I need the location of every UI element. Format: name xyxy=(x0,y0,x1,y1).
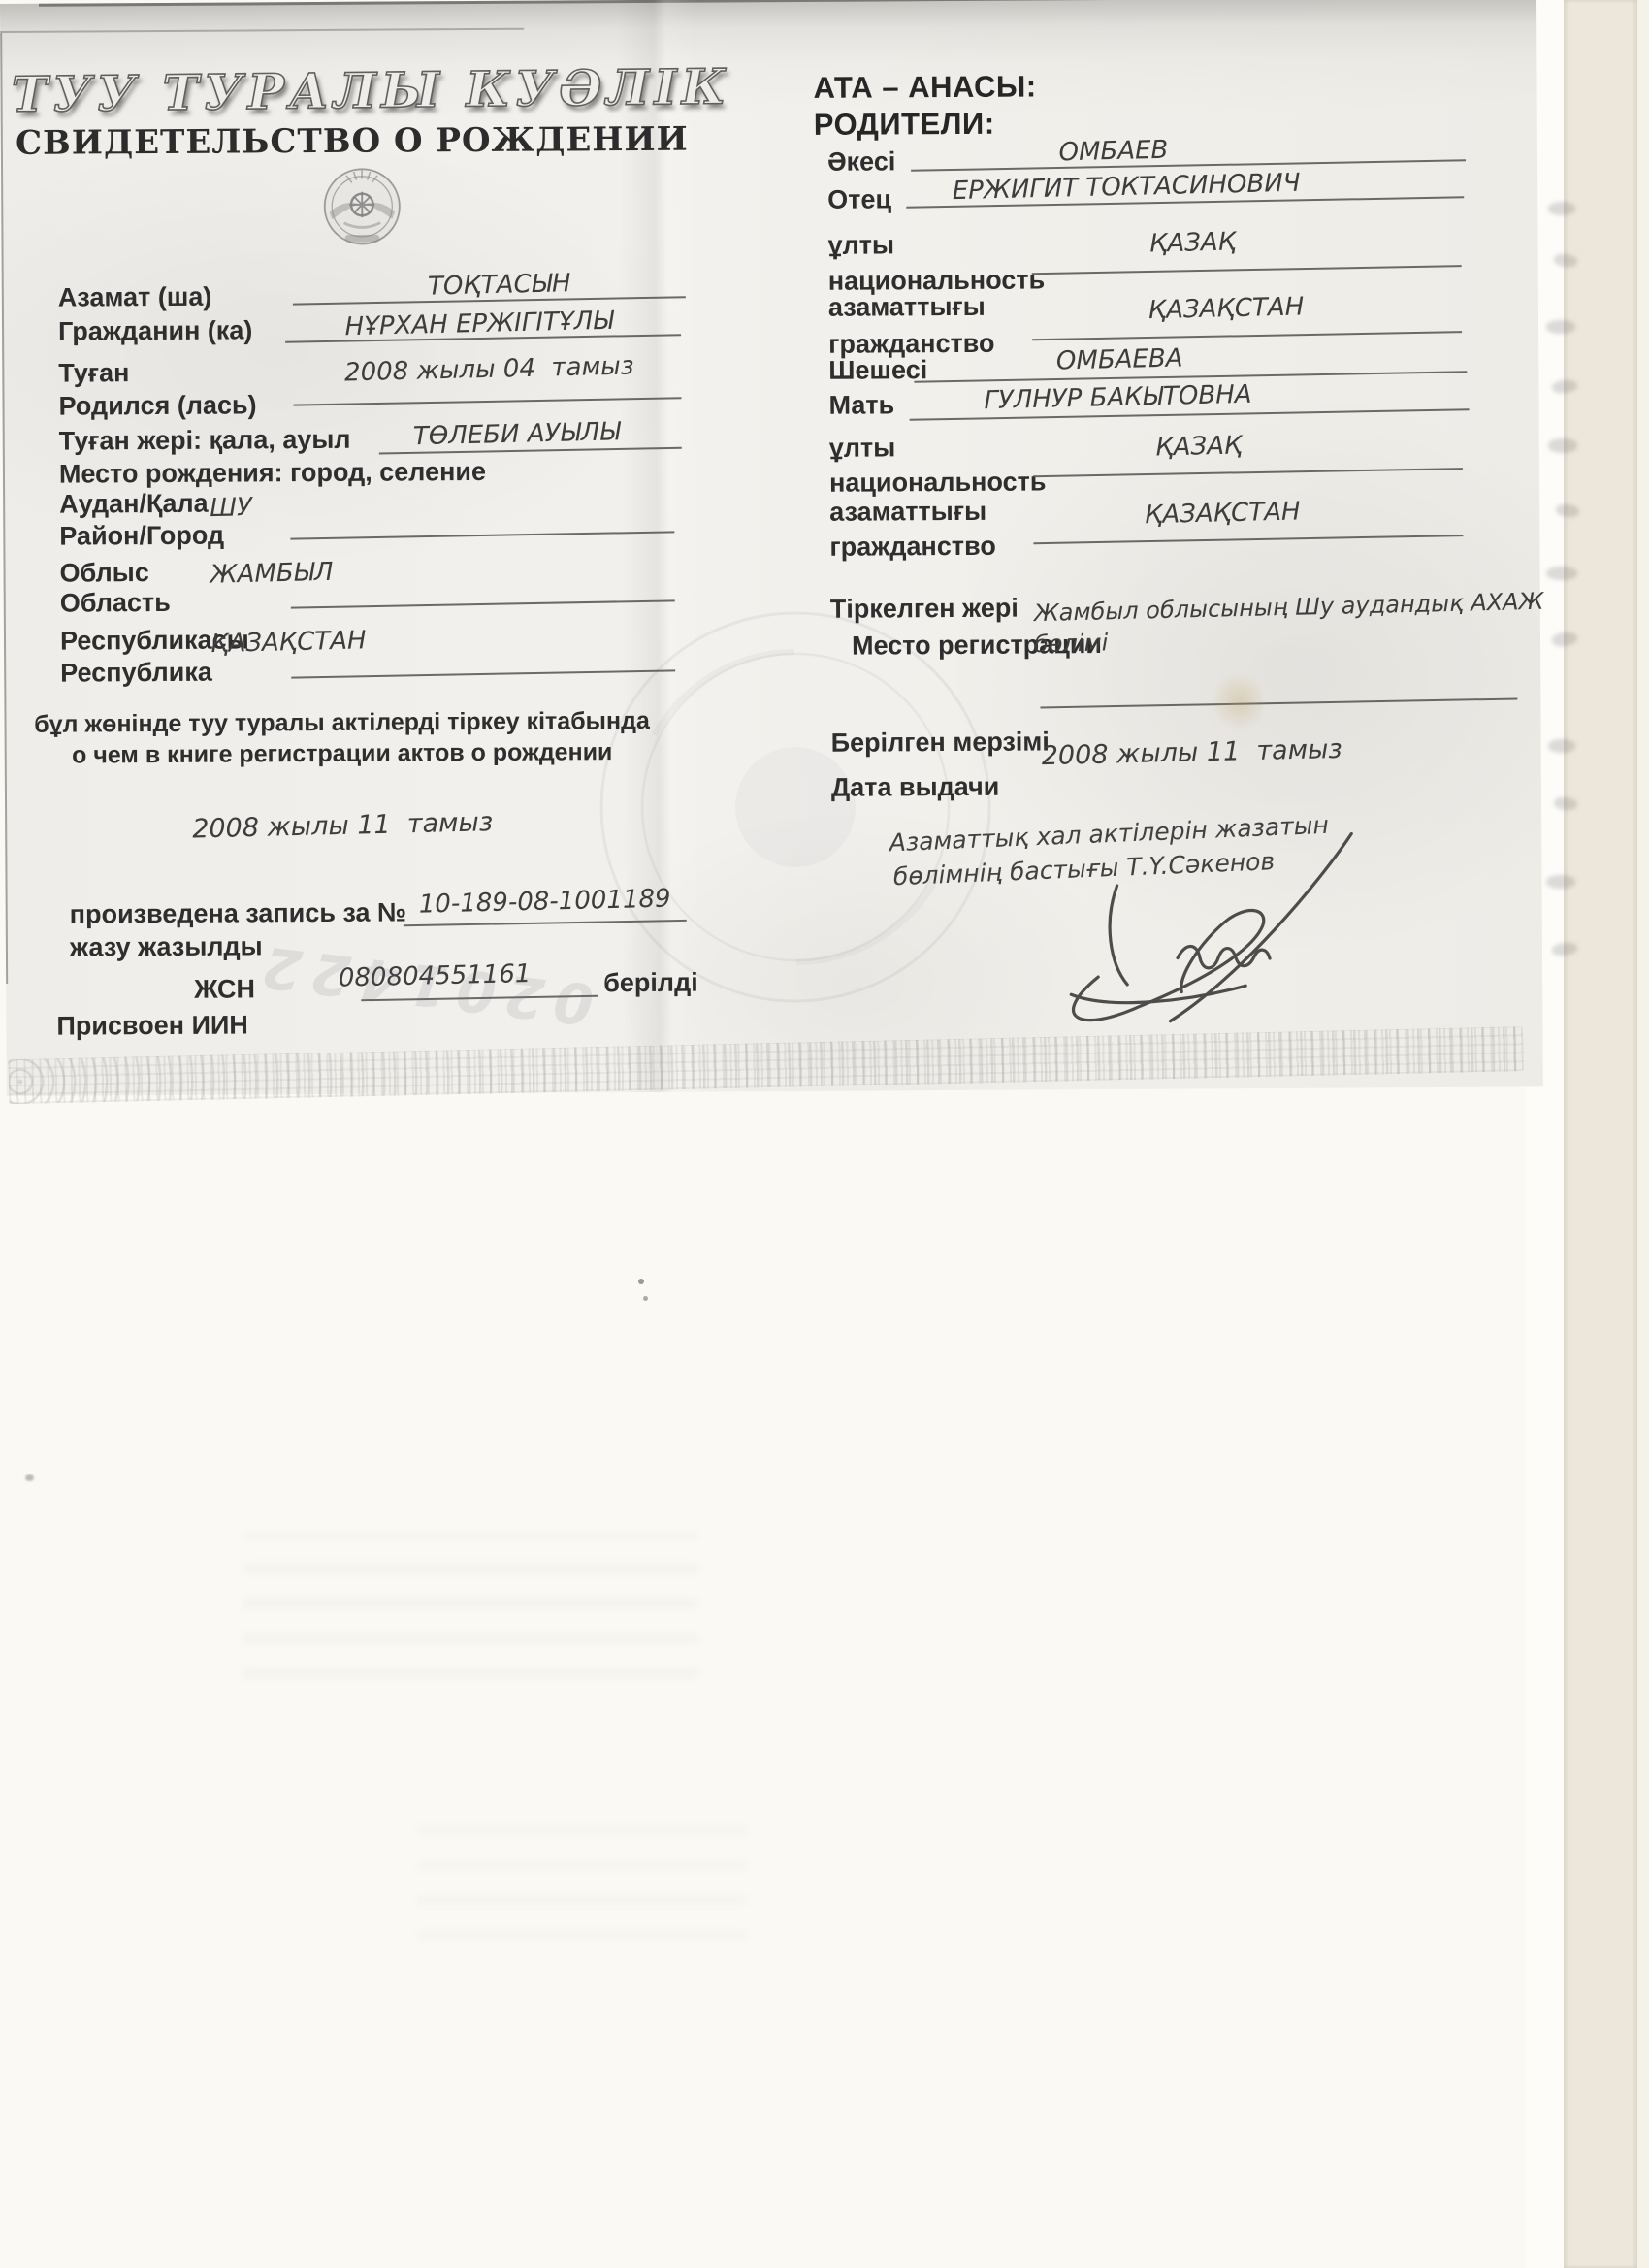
birth-certificate: ТУУ ТУРАЛЫ КУӘЛІК СВИДЕТЕЛЬСТВО О РОЖДЕН… xyxy=(0,0,1543,1096)
field-label-region-kk: Облыс xyxy=(59,558,148,589)
field-label-birthplace-kk: Туған жері: қала, ауыл xyxy=(59,425,351,457)
field-underline xyxy=(1040,697,1517,708)
edge-smudge xyxy=(1548,438,1577,453)
iin-label-ru: Присвоен ИИН xyxy=(56,1010,248,1041)
field-value-birthplace: ТӨЛЕБИ АУЫЛЫ xyxy=(413,417,621,451)
issue-date-value: 2008 жылы 11 тамыз xyxy=(1041,734,1342,771)
mother-label-ru: Мать xyxy=(828,390,894,420)
edge-smudge xyxy=(1546,567,1577,580)
field-value-birth-date: 2008 жылы 04 тамыз xyxy=(344,351,634,387)
registration-place-value-line2: бөлімі xyxy=(1034,629,1109,658)
parents-header-ru: РОДИТЕЛИ: xyxy=(814,107,995,143)
field-underline xyxy=(1033,535,1463,544)
ink-speck xyxy=(638,1279,644,1284)
bleed-through xyxy=(417,1804,747,1940)
registration-place-label-kk: Тіркелген жері xyxy=(830,594,1018,625)
scanned-page: ТУУ ТУРАЛЫ КУӘЛІК СВИДЕТЕЛЬСТВО О РОЖДЕН… xyxy=(0,0,1649,2268)
issue-date-label-ru: Дата выдачи xyxy=(831,772,1000,803)
mother-nationality-label-kk: ұлты xyxy=(829,433,896,463)
mother-citizenship-label-ru: гражданство xyxy=(829,532,996,563)
field-underline xyxy=(1033,468,1463,477)
registry-note-kk: бұл жөнінде туу туралы актілерді тіркеу … xyxy=(34,707,650,739)
mother-surname-value: ОМБАЕВА xyxy=(1056,343,1183,375)
page-edge-sliver xyxy=(1637,0,1649,2268)
certificate-top-edge xyxy=(39,0,1503,7)
edge-smudge xyxy=(1546,320,1575,334)
registration-place-value-line1: Жамбыл облысының Шу аудандық АХАЖ xyxy=(1034,588,1544,627)
father-label-kk: Әкесі xyxy=(827,146,895,177)
mother-label-kk: Шешесі xyxy=(828,355,927,386)
field-value-republic: ҚАЗАҚСТАН xyxy=(210,626,367,659)
mother-citizenship-label-kk: азаматтығы xyxy=(829,497,986,528)
father-citizenship-value: ҚАЗАҚСТАН xyxy=(1148,292,1304,325)
watermark-number: 0201422 xyxy=(249,932,597,1037)
certificate-top-edge-inner xyxy=(0,28,524,33)
field-value-surname: ТОҚТАСЫН xyxy=(428,269,571,301)
record-number-label-ru: произведена запись за № xyxy=(70,897,407,929)
mother-nationality-label-ru: национальность xyxy=(829,467,1047,498)
registry-note-ru: о чем в книге регистрации актов о рожден… xyxy=(72,738,612,769)
record-number-value: 10-189-08-1001189 xyxy=(418,885,670,920)
certificate-title-russian: СВИДЕТЕЛЬСТВО О РОЖДЕНИИ xyxy=(16,120,689,163)
field-value-district: ШУ xyxy=(210,493,252,523)
mother-citizenship-value: ҚАЗАҚСТАН xyxy=(1145,497,1301,530)
paper-stain xyxy=(1214,667,1263,735)
field-label-birthplace-ru: Место рождения: город, селение xyxy=(59,457,486,490)
field-label-citizen-kk: Азамат (ша) xyxy=(58,282,212,313)
edge-smudge xyxy=(1548,739,1575,753)
father-label-ru: Отец xyxy=(827,184,891,214)
father-nationality-value: ҚАЗАҚ xyxy=(1149,227,1237,258)
father-surname-value: ОМБАЕВ xyxy=(1058,136,1168,168)
coat-of-arms-icon xyxy=(316,162,408,254)
father-nationality-label-kk: ұлты xyxy=(827,230,894,260)
field-label-district-ru: Район/Город xyxy=(59,521,224,552)
iin-label-kk: ЖСН xyxy=(194,974,255,1004)
field-label-district-kk: Аудан/Қала xyxy=(59,489,209,520)
field-value-region: ЖАМБЫЛ xyxy=(210,558,334,590)
field-label-born-ru: Родился (лась) xyxy=(58,390,256,421)
record-number-label-kk: жазу жазылды xyxy=(70,931,263,962)
signature-icon xyxy=(1021,827,1364,1031)
mother-name-value: ГУЛНУР БАКЫТОВНА xyxy=(984,380,1252,415)
issue-date-label-kk: Берілген мерзімі xyxy=(831,727,1050,758)
iin-suffix-kk: берілді xyxy=(603,968,698,999)
edge-smudge xyxy=(1548,202,1575,215)
field-label-citizen-ru: Гражданин (ка) xyxy=(58,315,252,346)
certificate-left-edge xyxy=(0,33,8,984)
father-citizenship-label-kk: азаматтығы xyxy=(828,292,986,323)
field-label-region-ru: Область xyxy=(60,588,171,619)
bleed-through xyxy=(242,1533,698,1678)
mother-nationality-value: ҚАЗАҚ xyxy=(1155,431,1243,462)
field-label-born-kk: Туған xyxy=(58,358,129,388)
edge-smudge xyxy=(1546,875,1575,889)
field-label-republic-ru: Республика xyxy=(60,658,212,689)
field-underline xyxy=(911,159,1466,171)
ink-speck xyxy=(25,1474,34,1481)
ink-speck xyxy=(643,1296,648,1301)
page-edge-band xyxy=(1564,0,1637,2268)
parents-header-kk: АТА – АНАСЫ: xyxy=(813,69,1036,105)
field-underline xyxy=(1032,331,1462,340)
certificate-title-kazakh: ТУУ ТУРАЛЫ КУӘЛІК xyxy=(12,57,731,122)
field-underline xyxy=(1032,265,1462,275)
registry-record-date: 2008 жылы 11 тамыз xyxy=(192,807,494,844)
field-underline xyxy=(290,531,674,539)
